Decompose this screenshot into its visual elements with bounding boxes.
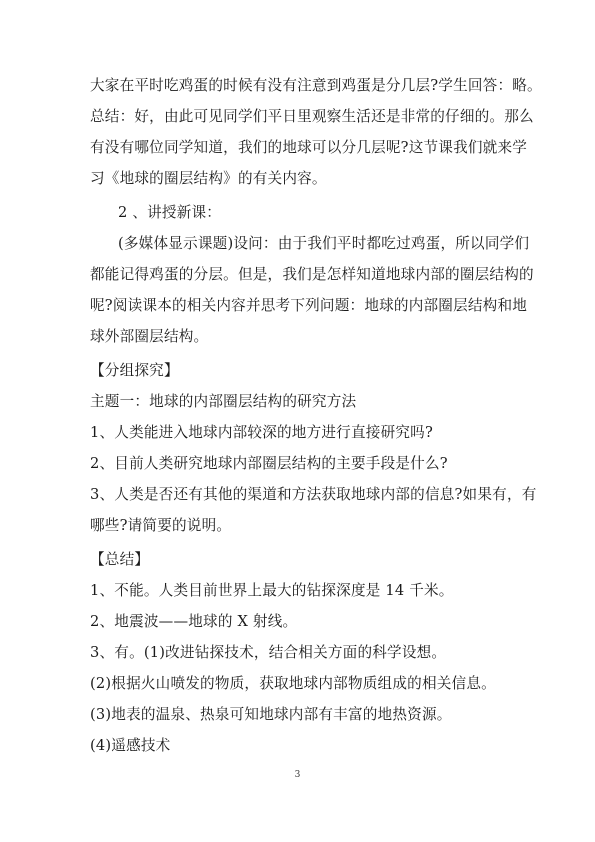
- text-line: 【分组探究】: [90, 361, 510, 381]
- text-line: 1、人类能进入地球内部较深的地方进行直接研究吗?: [90, 423, 510, 443]
- text-line: (4)遥感技术: [90, 736, 510, 756]
- document-page: 大家在平时吃鸡蛋的时候有没有注意到鸡蛋是分几层?学生回答：略。总结：好，由此可见…: [0, 0, 595, 842]
- text-line: 习《地球的圈层结构》的有关内容。: [90, 169, 510, 189]
- text-line: 球外部圈层结构。: [90, 327, 510, 347]
- text-line: 大家在平时吃鸡蛋的时候有没有注意到鸡蛋是分几层?学生回答：略。: [90, 76, 510, 96]
- text-line: (2)根据火山喷发的物质，获取地球内部物质组成的相关信息。: [90, 674, 510, 694]
- text-line: 【总结】: [90, 550, 510, 570]
- text-line: (多媒体显示课题)设问：由于我们平时都吃过鸡蛋，所以同学们: [118, 234, 538, 254]
- text-line: (3)地表的温泉、热泉可知地球内部有丰富的地热资源。: [90, 705, 510, 725]
- text-line: 3、人类是否还有其他的渠道和方法获取地球内部的信息?如果有，有: [90, 485, 510, 505]
- text-line: 2 、讲授新课：: [118, 203, 538, 223]
- page-number: 3: [0, 770, 595, 780]
- text-line: 有没有哪位同学知道，我们的地球可以分几层呢?这节课我们就来学: [90, 138, 510, 158]
- text-line: 主题一：地球的内部圈层结构的研究方法: [90, 392, 510, 412]
- text-line: 2、目前人类研究地球内部圈层结构的主要手段是什么?: [90, 454, 510, 474]
- text-line: 2、地震波——地球的 X 射线。: [90, 612, 510, 632]
- text-line: 呢?阅读课本的相关内容并思考下列问题：地球的内部圈层结构和地: [90, 296, 510, 316]
- text-line: 都能记得鸡蛋的分层。但是，我们是怎样知道地球内部的圈层结构的: [90, 265, 510, 285]
- text-line: 1、不能。人类目前世界上最大的钻探深度是 14 千米。: [90, 581, 510, 601]
- text-line: 总结：好，由此可见同学们平日里观察生活还是非常的仔细的。那么: [90, 107, 510, 127]
- text-line: 哪些?请简要的说明。: [90, 516, 510, 536]
- text-line: 3、有。(1)改进钻探技术，结合相关方面的科学设想。: [90, 643, 510, 663]
